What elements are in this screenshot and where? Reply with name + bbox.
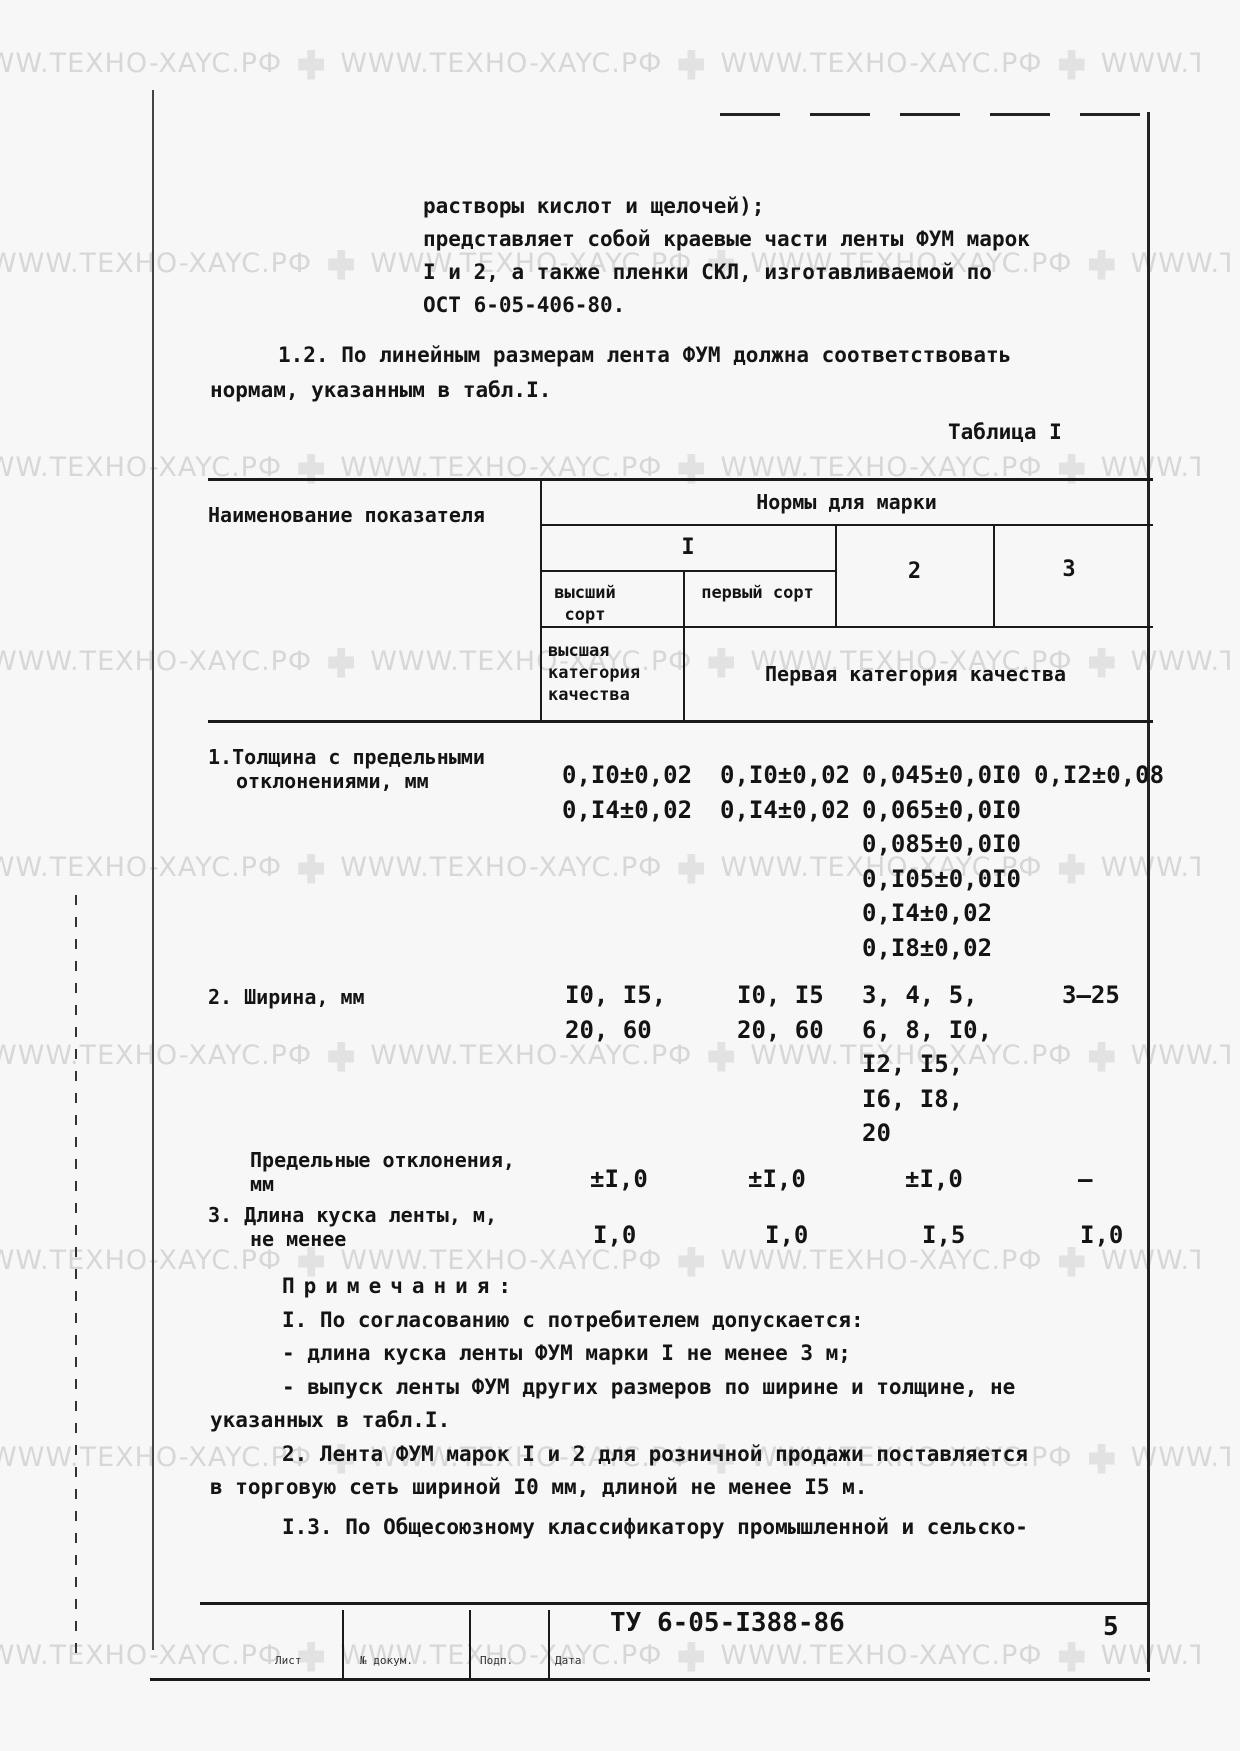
watermark-logo-icon xyxy=(298,854,324,884)
section-1-3: I.3. По Общесоюзному классификатору пром… xyxy=(210,1511,1028,1545)
watermark-logo-icon xyxy=(1089,648,1115,678)
tolerance-mark3: – xyxy=(1078,1162,1092,1196)
intro-line: ОСТ 6-05-406-80. xyxy=(423,289,1030,322)
frame-left-border xyxy=(152,90,154,1650)
thickness-mark1-top: 0,I0±0,02 0,I4±0,02 xyxy=(562,758,692,827)
value: I6, I8, xyxy=(862,1082,992,1117)
value: 0,065±0,0I0 xyxy=(862,793,1021,828)
value: 20, 60 xyxy=(737,1013,824,1048)
intro-paragraph: растворы кислот и щелочей); представляет… xyxy=(423,190,1030,322)
value: 0,045±0,0I0 xyxy=(862,758,1021,793)
watermark-logo-icon xyxy=(328,648,354,678)
watermark-row: WWW.TEXHO-XAYC.РФWWW.TEXHO-XAYC.РФWWW.TE… xyxy=(0,452,1200,492)
stamp-divider xyxy=(469,1610,471,1678)
row-length-name: 3. Длина куска ленты, м, не менее xyxy=(208,1203,497,1251)
row-name-line: мм xyxy=(250,1172,515,1196)
note-1: I. По согласованию с потребителем допуск… xyxy=(210,1304,1028,1338)
length-mark1-top: I,0 xyxy=(593,1218,636,1252)
notes-section: Примечания: I. По согласованию с потреби… xyxy=(210,1270,1028,1544)
watermark-text: WWW.TEXHO-XAYC.РФ xyxy=(1131,248,1230,279)
header-mark-3: 3 xyxy=(994,558,1144,582)
row-width-name: 2. Ширина, мм xyxy=(208,985,365,1009)
frame-right-border xyxy=(1147,112,1150,1672)
note-1b-line1: - выпуск ленты ФУМ других размеров по ши… xyxy=(210,1371,1028,1405)
watermark-logo-icon xyxy=(708,1042,734,1072)
note-1a: - длина куска ленты ФУМ марки I не менее… xyxy=(210,1337,1028,1371)
width-mark1-top: I0, I5, 20, 60 xyxy=(565,978,666,1047)
table-col-divider xyxy=(540,480,542,720)
watermark-text: WWW.TEXHO-XAYC.РФ xyxy=(1131,646,1230,677)
tolerance-mark1-top: ±I,0 xyxy=(590,1162,648,1196)
table-label: Таблица I xyxy=(948,420,1062,444)
row-tolerance-name: Предельные отклонения, мм xyxy=(250,1148,515,1196)
watermark-text: WWW.TEXHO-XAYC.РФ xyxy=(1101,852,1200,883)
width-mark1-first: I0, I5 20, 60 xyxy=(737,978,824,1047)
stamp-divider xyxy=(342,1610,344,1678)
header-category-top: высшая категория качества xyxy=(548,640,678,706)
table-header-bottom-rule xyxy=(208,720,1153,723)
watermark-text: WWW.TEXHO-XAYC.РФ xyxy=(0,248,312,279)
row-name-line: 3. Длина куска ленты, м, xyxy=(208,1203,497,1227)
stamp-label-signature: Подп. xyxy=(480,1654,513,1667)
header-mark-1: I xyxy=(540,536,836,560)
page-number: 5 xyxy=(1103,1612,1119,1642)
thickness-mark1-first: 0,I0±0,02 0,I4±0,02 xyxy=(720,758,850,827)
stamp-bottom-rule xyxy=(150,1678,1150,1681)
length-mark2: I,5 xyxy=(922,1218,965,1252)
note-1b-line2: указанных в табл.I. xyxy=(210,1404,1028,1438)
watermark-text: WWW.TEXHO-XAYC.РФ xyxy=(0,48,282,79)
value: 0,I4±0,02 xyxy=(562,793,692,828)
tolerance-mark2: ±I,0 xyxy=(905,1162,963,1196)
value: 20, 60 xyxy=(565,1013,666,1048)
header-category-first: Первая категория качества xyxy=(765,662,1066,686)
stamp-label-sheet: Лист xyxy=(275,1654,302,1667)
watermark-logo-icon xyxy=(298,50,324,80)
header-norms: Нормы для марки xyxy=(540,490,1153,514)
note-2-line2: в торговую сеть шириной I0 мм, длиной не… xyxy=(210,1471,1028,1505)
watermark-text: WWW.TEXHO-XAYC.РФ xyxy=(1131,1040,1230,1071)
length-mark1-first: I,0 xyxy=(765,1218,808,1252)
watermark-text: WWW.TEXHO-XAYC.РФ xyxy=(0,852,282,883)
stamp-label-doc-no: № докум. xyxy=(360,1654,413,1667)
tolerance-mark1-first: ±I,0 xyxy=(748,1162,806,1196)
notes-title: Примечания: xyxy=(210,1270,1028,1304)
stamp-label-date: Дата xyxy=(555,1654,582,1667)
watermark-logo-icon xyxy=(678,854,704,884)
table-top-rule xyxy=(208,478,1153,481)
frame-margin-dashes xyxy=(75,895,77,1655)
title-block: Лист № докум. Подп. Дата ТУ 6-05-I388-86… xyxy=(150,1598,1150,1690)
value: 3–25 xyxy=(1062,978,1120,1013)
watermark-logo-icon xyxy=(708,648,734,678)
value: 0,I4±0,02 xyxy=(720,793,850,828)
value: 0,I05±0,0I0 xyxy=(862,862,1021,897)
intro-line: представляет собой краевые части ленты Ф… xyxy=(423,223,1030,256)
watermark-logo-icon xyxy=(1059,50,1085,80)
value: 0,I4±0,02 xyxy=(862,896,1021,931)
row-name-line: 1.Толщина с предельными xyxy=(208,745,485,769)
thickness-mark2: 0,045±0,0I0 0,065±0,0I0 0,085±0,0I0 0,I0… xyxy=(862,758,1021,965)
watermark-logo-icon xyxy=(678,50,704,80)
watermark-text: WWW.TEXHO-XAYC.РФ xyxy=(1131,1442,1230,1473)
section-1-2-line2: нормам, указанным в табл.I. xyxy=(210,373,1011,408)
header-indicator-name: Наименование показателя xyxy=(208,503,485,527)
watermark-text: WWW.TEXHO-XAYC.РФ xyxy=(0,646,312,677)
table-rule xyxy=(540,570,836,572)
note-2-line1: 2. Лента ФУМ марок I и 2 для розничной п… xyxy=(210,1438,1028,1472)
row-name-line: 2. Ширина, мм xyxy=(208,985,365,1009)
value: 0,085±0,0I0 xyxy=(862,827,1021,862)
value: 6, 8, I0, xyxy=(862,1013,992,1048)
intro-line: I и 2, а также пленки СКЛ, изготавливаем… xyxy=(423,256,1030,289)
header-mark-2: 2 xyxy=(836,560,993,584)
stamp-top-rule xyxy=(200,1602,1150,1605)
value: I0, I5, xyxy=(565,978,666,1013)
value: 3, 4, 5, xyxy=(862,978,992,1013)
frame-top-dashes xyxy=(720,113,1148,116)
row-name-line: Предельные отклонения, xyxy=(250,1148,515,1172)
value: 0,I0±0,02 xyxy=(720,758,850,793)
watermark-logo-icon xyxy=(1089,1042,1115,1072)
table-rule xyxy=(540,524,1153,526)
intro-line: растворы кислот и щелочей); xyxy=(423,190,1030,223)
watermark-text: WWW.TEXHO-XAYC.РФ xyxy=(1101,48,1200,79)
width-mark3: 3–25 xyxy=(1062,978,1120,1013)
value: 20 xyxy=(862,1116,992,1151)
header-grade-top: высший сорт xyxy=(545,582,625,626)
table-col-divider xyxy=(683,570,685,720)
watermark-text: WWW.TEXHO-XAYC.РФ xyxy=(340,852,662,883)
value: I2, I5, xyxy=(862,1047,992,1082)
table-rule xyxy=(540,626,1153,628)
value: 0,I8±0,02 xyxy=(862,931,1021,966)
watermark-logo-icon xyxy=(328,1042,354,1072)
document-code: ТУ 6-05-I388-86 xyxy=(610,1608,845,1638)
watermark-logo-icon xyxy=(1089,1444,1115,1474)
watermark-logo-icon xyxy=(1059,854,1085,884)
value: I0, I5 xyxy=(737,978,824,1013)
watermark-logo-icon xyxy=(328,250,354,280)
stamp-divider xyxy=(548,1610,550,1678)
row-name-line: не менее xyxy=(208,1227,497,1251)
section-1-2-line1: 1.2. По линейным размерам лента ФУМ долж… xyxy=(210,338,1011,373)
thickness-mark3: 0,I2±0,08 xyxy=(1034,758,1164,793)
length-mark3: I,0 xyxy=(1080,1218,1123,1252)
watermark-text: WWW.TEXHO-XAYC.РФ xyxy=(0,1040,312,1071)
watermark-text: WWW.TEXHO-XAYC.РФ xyxy=(340,48,662,79)
watermark-logo-icon xyxy=(1089,250,1115,280)
header-grade-first: первый сорт xyxy=(700,582,815,604)
section-1-2: 1.2. По линейным размерам лента ФУМ долж… xyxy=(210,338,1011,408)
watermark-row: WWW.TEXHO-XAYC.РФWWW.TEXHO-XAYC.РФWWW.TE… xyxy=(0,48,1200,88)
row-name-line: отклонениями, мм xyxy=(208,769,485,793)
width-mark2: 3, 4, 5, 6, 8, I0, I2, I5, I6, I8, 20 xyxy=(862,978,992,1151)
value: 0,I0±0,02 xyxy=(562,758,692,793)
value: 0,I2±0,08 xyxy=(1034,758,1164,793)
watermark-text: WWW.TEXHO-XAYC.РФ xyxy=(720,48,1042,79)
row-thickness-name: 1.Толщина с предельными отклонениями, мм xyxy=(208,745,485,793)
